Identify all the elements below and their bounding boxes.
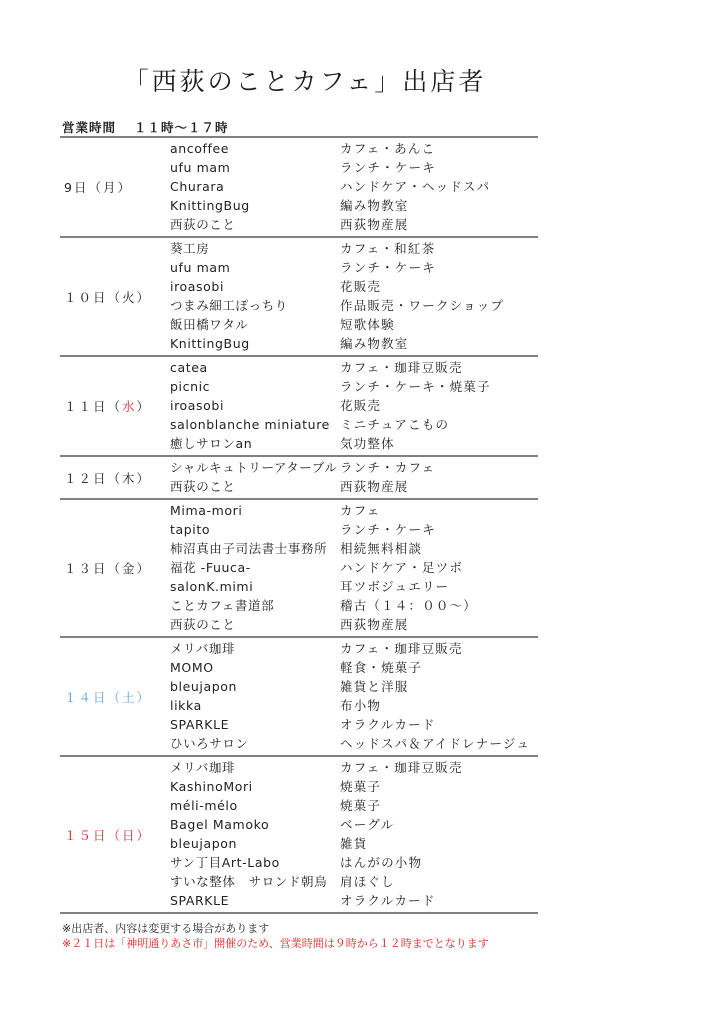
vendor-row: KnittingBug編み物教室 bbox=[60, 334, 538, 353]
vendor-row: ufu mamランチ・ケーキ bbox=[60, 258, 538, 277]
vendor-name: シャルキュトリーアターブル bbox=[170, 458, 337, 477]
vendor-row: MOMO軽食・焼菓子 bbox=[60, 658, 538, 677]
vendor-row: 葵工房カフェ・和紅茶 bbox=[60, 239, 538, 258]
vendor-name: KnittingBug bbox=[170, 334, 250, 353]
vendor-content: ランチ・ケーキ bbox=[340, 258, 436, 277]
vendor-row: 癒しサロンan気功整体 bbox=[60, 434, 538, 453]
vendor-content: オラクルカード bbox=[340, 891, 436, 910]
vendor-content: ヘッドスパ＆アイドレナージュ bbox=[340, 734, 530, 753]
day-group-15: １５日（日） メリバ珈琲カフェ・珈琲豆販売 KashinoMori焼菓子 mél… bbox=[60, 757, 538, 914]
vendor-name: メリバ珈琲 bbox=[170, 758, 235, 777]
vendor-content: ハンドケア・足ツボ bbox=[340, 558, 463, 577]
vendor-name: ufu mam bbox=[170, 258, 230, 277]
note-hours-exception: ※２１日は「神明通りあさ市」開催のため、営業時間は９時から１２時までとなります bbox=[62, 936, 489, 951]
vendor-content: オラクルカード bbox=[340, 715, 436, 734]
vendor-row: salonK.mimi耳ツボジュエリー bbox=[60, 577, 538, 596]
vendor-name: MOMO bbox=[170, 658, 214, 677]
vendor-row: KnittingBug編み物教室 bbox=[60, 196, 538, 215]
vendor-content: 西荻物産展 bbox=[340, 615, 409, 634]
vendor-row: サン丁目Art-Laboはんがの小物 bbox=[60, 853, 538, 872]
vendor-content: ベーグル bbox=[340, 815, 394, 834]
vendor-content: 耳ツボジュエリー bbox=[340, 577, 449, 596]
vendor-content: 布小物 bbox=[340, 696, 381, 715]
vendor-name: SPARKLE bbox=[170, 715, 229, 734]
vendor-content: 花販売 bbox=[340, 277, 381, 296]
vendor-content: カフェ・珈琲豆販売 bbox=[340, 758, 463, 777]
vendor-schedule-table: 9日（月） ancoffeeカフェ・あんこ ufu mamランチ・ケーキ Chu… bbox=[60, 136, 538, 914]
vendor-row: iroasobi花販売 bbox=[60, 277, 538, 296]
note-change-notice: ※出店者、内容は変更する場合があります bbox=[62, 921, 489, 936]
vendor-content: 花販売 bbox=[340, 396, 381, 415]
business-hours: 営業時間１１時～１７時 bbox=[62, 118, 229, 136]
page-title: 「西荻のことカフェ」出店者 bbox=[0, 62, 610, 98]
vendor-name: 西荻のこと bbox=[170, 215, 236, 234]
vendor-content: 気功整体 bbox=[340, 434, 395, 453]
day-group-13: １３日（金） Mima-moriカフェ tapitoランチ・ケーキ 柿沼真由子司… bbox=[60, 500, 538, 638]
vendor-name: iroasobi bbox=[170, 396, 224, 415]
business-hours-label: 営業時間 bbox=[62, 120, 116, 135]
vendor-content: 編み物教室 bbox=[340, 334, 409, 353]
vendor-row: KashinoMori焼菓子 bbox=[60, 777, 538, 796]
vendor-name: salonblanche miniature bbox=[170, 415, 330, 434]
vendor-name: すいな整体 サロンド朝烏 bbox=[170, 872, 327, 891]
vendor-content: 西荻物産展 bbox=[340, 215, 409, 234]
vendor-row: 福花 -Fuuca-ハンドケア・足ツボ bbox=[60, 558, 538, 577]
vendor-content: 作品販売・ワークショップ bbox=[340, 296, 504, 315]
vendor-name: likka bbox=[170, 696, 202, 715]
vendor-row: iroasobi花販売 bbox=[60, 396, 538, 415]
vendor-row: Bagel Mamokoベーグル bbox=[60, 815, 538, 834]
vendor-content: 編み物教室 bbox=[340, 196, 409, 215]
vendor-content: 短歌体験 bbox=[340, 315, 395, 334]
vendor-row: salonblanche miniatureミニチュアこもの bbox=[60, 415, 538, 434]
vendor-content: カフェ・珈琲豆販売 bbox=[340, 639, 463, 658]
vendor-name: KnittingBug bbox=[170, 196, 250, 215]
vendor-row: 西荻のこと西荻物産展 bbox=[60, 477, 538, 496]
business-hours-value: １１時～１７時 bbox=[134, 120, 229, 135]
vendor-name: SPARKLE bbox=[170, 891, 229, 910]
day-group-12: １２日（木） シャルキュトリーアターブルランチ・カフェ 西荻のこと西荻物産展 bbox=[60, 457, 538, 500]
vendor-name: KashinoMori bbox=[170, 777, 253, 796]
vendor-name: Mima-mori bbox=[170, 501, 242, 520]
vendor-row: tapitoランチ・ケーキ bbox=[60, 520, 538, 539]
vendor-content: ランチ・ケーキ・焼菓子 bbox=[340, 377, 491, 396]
vendor-row: méli-mélo焼菓子 bbox=[60, 796, 538, 815]
vendor-row: 西荻のこと西荻物産展 bbox=[60, 615, 538, 634]
vendor-content: 肩ほぐし bbox=[340, 872, 395, 891]
vendor-row: すいな整体 サロンド朝烏肩ほぐし bbox=[60, 872, 538, 891]
vendor-row: 飯田橋ワタル短歌体験 bbox=[60, 315, 538, 334]
vendor-content: 焼菓子 bbox=[340, 796, 381, 815]
vendor-content: 西荻物産展 bbox=[340, 477, 409, 496]
footnotes: ※出店者、内容は変更する場合があります ※２１日は「神明通りあさ市」開催のため、… bbox=[62, 921, 489, 951]
vendor-row: 西荻のこと西荻物産展 bbox=[60, 215, 538, 234]
vendor-content: カフェ bbox=[340, 501, 380, 520]
vendor-name: bleujapon bbox=[170, 677, 237, 696]
vendor-row: つまみ細工ぽっちり作品販売・ワークショップ bbox=[60, 296, 538, 315]
vendor-name: iroasobi bbox=[170, 277, 224, 296]
vendor-name: サン丁目Art-Labo bbox=[170, 853, 280, 872]
vendor-content: はんがの小物 bbox=[340, 853, 422, 872]
vendor-row: cateaカフェ・珈琲豆販売 bbox=[60, 358, 538, 377]
vendor-content: カフェ・あんこ bbox=[340, 139, 435, 158]
vendor-name: bleujapon bbox=[170, 834, 237, 853]
vendor-name: 癒しサロンan bbox=[170, 434, 252, 453]
vendor-name: picnic bbox=[170, 377, 210, 396]
vendor-name: Churara bbox=[170, 177, 224, 196]
vendor-row: ancoffeeカフェ・あんこ bbox=[60, 139, 538, 158]
vendor-name: ひいろサロン bbox=[170, 734, 249, 753]
vendor-content: カフェ・珈琲豆販売 bbox=[340, 358, 463, 377]
vendor-row: Churaraハンドケア・ヘッドスパ bbox=[60, 177, 538, 196]
vendor-name: ufu mam bbox=[170, 158, 230, 177]
vendor-name: ことカフェ書道部 bbox=[170, 596, 274, 615]
vendor-content: 雑貨 bbox=[340, 834, 367, 853]
day-group-11: １１日（水） cateaカフェ・珈琲豆販売 picnicランチ・ケーキ・焼菓子 … bbox=[60, 357, 538, 457]
vendor-row: Mima-moriカフェ bbox=[60, 501, 538, 520]
vendor-name: 飯田橋ワタル bbox=[170, 315, 248, 334]
vendor-row: bleujapon雑貨 bbox=[60, 834, 538, 853]
vendor-row: メリバ珈琲カフェ・珈琲豆販売 bbox=[60, 758, 538, 777]
vendor-row: picnicランチ・ケーキ・焼菓子 bbox=[60, 377, 538, 396]
vendor-row: メリバ珈琲カフェ・珈琲豆販売 bbox=[60, 639, 538, 658]
vendor-name: catea bbox=[170, 358, 208, 377]
vendor-name: 西荻のこと bbox=[170, 615, 236, 634]
vendor-content: ハンドケア・ヘッドスパ bbox=[340, 177, 490, 196]
vendor-row: ひいろサロンヘッドスパ＆アイドレナージュ bbox=[60, 734, 538, 753]
vendor-content: 相続無料相談 bbox=[340, 539, 422, 558]
vendor-content: ランチ・カフェ bbox=[340, 458, 435, 477]
vendor-content: ランチ・ケーキ bbox=[340, 520, 436, 539]
vendor-name: 柿沼真由子司法書士事務所 bbox=[170, 539, 327, 558]
vendor-row: likka布小物 bbox=[60, 696, 538, 715]
vendor-name: salonK.mimi bbox=[170, 577, 253, 596]
vendor-name: 西荻のこと bbox=[170, 477, 236, 496]
vendor-content: 焼菓子 bbox=[340, 777, 381, 796]
vendor-name: Bagel Mamoko bbox=[170, 815, 269, 834]
vendor-name: 葵工房 bbox=[170, 239, 209, 258]
vendor-row: SPARKLEオラクルカード bbox=[60, 715, 538, 734]
vendor-name: メリバ珈琲 bbox=[170, 639, 235, 658]
vendor-name: つまみ細工ぽっちり bbox=[170, 296, 288, 315]
day-group-9: 9日（月） ancoffeeカフェ・あんこ ufu mamランチ・ケーキ Chu… bbox=[60, 138, 538, 238]
vendor-content: ミニチュアこもの bbox=[340, 415, 449, 434]
vendor-row: SPARKLEオラクルカード bbox=[60, 891, 538, 910]
vendor-row: ことカフェ書道部稽古（１４：００～） bbox=[60, 596, 538, 615]
vendor-content: 雑貨と洋服 bbox=[340, 677, 409, 696]
vendor-name: méli-mélo bbox=[170, 796, 238, 815]
vendor-content: ランチ・ケーキ bbox=[340, 158, 436, 177]
vendor-row: 柿沼真由子司法書士事務所相続無料相談 bbox=[60, 539, 538, 558]
day-group-10: １０日（火） 葵工房カフェ・和紅茶 ufu mamランチ・ケーキ iroasob… bbox=[60, 238, 538, 357]
vendor-name: tapito bbox=[170, 520, 210, 539]
vendor-content: 軽食・焼菓子 bbox=[340, 658, 422, 677]
vendor-name: ancoffee bbox=[170, 139, 229, 158]
vendor-content: 稽古（１４：００～） bbox=[340, 596, 477, 615]
vendor-row: ufu mamランチ・ケーキ bbox=[60, 158, 538, 177]
vendor-row: シャルキュトリーアターブルランチ・カフェ bbox=[60, 458, 538, 477]
vendor-name: 福花 -Fuuca- bbox=[170, 558, 251, 577]
vendor-content: カフェ・和紅茶 bbox=[340, 239, 435, 258]
day-group-14: １４日（土） メリバ珈琲カフェ・珈琲豆販売 MOMO軽食・焼菓子 bleujap… bbox=[60, 638, 538, 757]
vendor-row: bleujapon雑貨と洋服 bbox=[60, 677, 538, 696]
